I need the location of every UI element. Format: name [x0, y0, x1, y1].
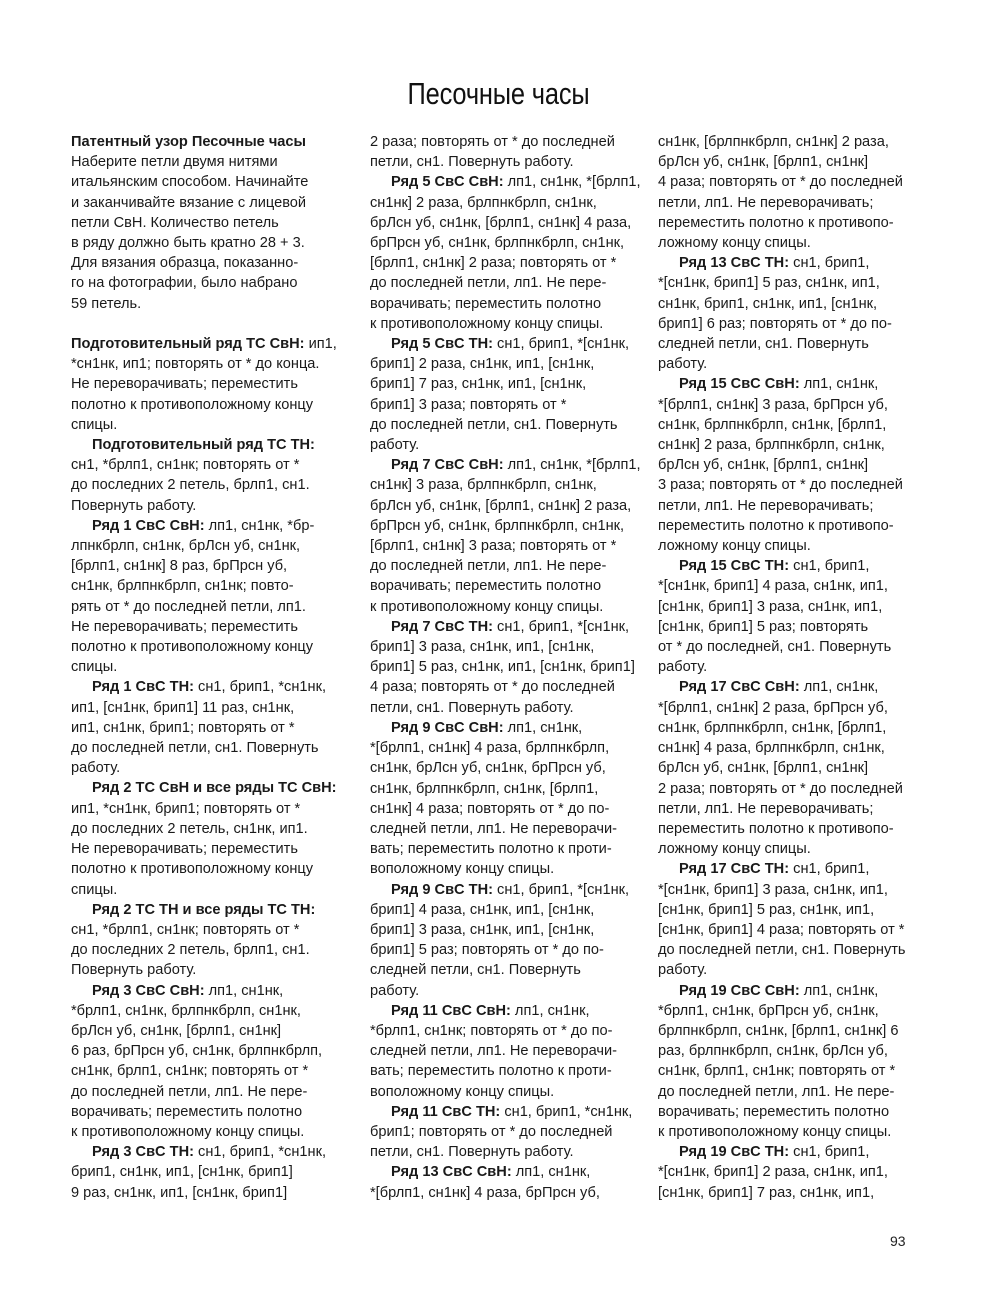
- text-line: сн1нк, брлпнкбрлп, сн1нк, [брлп1,: [658, 415, 920, 435]
- text-line: к противоположному концу спицы.: [658, 1122, 920, 1142]
- text-line: Ряд 11 СвС ТН: сн1, брип1, *сн1нк,: [370, 1102, 632, 1122]
- text-line: вать; переместить полотно к проти-: [370, 1061, 632, 1081]
- row-text: *сн1нк, ип1; повторять от * до конца.: [71, 356, 319, 372]
- row-text: работу.: [658, 356, 707, 372]
- row-text: 2 раза; повторять от * до последней: [370, 134, 615, 150]
- row-text: сн1нк, брлпнкбрлп, сн1нк, [брлп1,: [658, 417, 886, 433]
- row-text: сн1нк] 2 раза, брлпнкбрлп, сн1нк,: [658, 437, 885, 453]
- text-line: брип1] 3 раза; повторять от *: [370, 395, 632, 415]
- text-line: вать; переместить полотно к проти-: [370, 839, 632, 859]
- row-text: итальянским способом. Начинайте: [71, 174, 308, 190]
- text-line: [сн1нк, брип1] 3 раза, сн1нк, ип1,: [658, 597, 920, 617]
- text-line: [брлп1, сн1нк] 2 раза; повторять от *: [370, 253, 632, 273]
- row-heading: Ряд 15 СвС ТН:: [679, 558, 789, 574]
- row-text: ип1,: [305, 336, 337, 352]
- row-text: ложному концу спицы.: [658, 841, 811, 857]
- paragraph-gap: [71, 314, 333, 334]
- row-text: *[брлп1, сн1нк] 4 раза, брлпнкбрлп,: [370, 740, 609, 756]
- text-line: до последних 2 петель, сн1нк, ип1.: [71, 819, 333, 839]
- row-text: лп1, сн1нк,: [504, 720, 583, 736]
- row-heading: Ряд 17 СвС СвН:: [679, 679, 800, 695]
- row-text: ип1, сн1нк, брип1; повторять от *: [71, 720, 295, 736]
- text-line: сн1нк, брлп1, сн1нк; повторять от *: [71, 1061, 333, 1081]
- row-text: сн1нк] 4 раза; повторять от * до по-: [370, 801, 609, 817]
- row-text: сн1нк, брлпнкбрлп, сн1нк; повто-: [71, 578, 294, 594]
- text-line: брип1] 3 раза, сн1нк, ип1, [сн1нк,: [370, 920, 632, 940]
- row-text: ип1, [сн1нк, брип1] 11 раз, сн1нк,: [71, 700, 294, 716]
- text-line: от * до последней, сн1. Повернуть: [658, 637, 920, 657]
- text-line: Ряд 2 ТС СвН и все ряды ТС СвН:: [71, 778, 333, 798]
- text-line: спицы.: [71, 415, 333, 435]
- row-text: *брлп1, сн1нк, брлпнкбрлп, сн1нк,: [71, 1003, 301, 1019]
- text-line: ворачивать; переместить полотно: [658, 1102, 920, 1122]
- text-line: [брлп1, сн1нк] 3 раза; повторять от *: [370, 536, 632, 556]
- row-text: петли СвН. Количество петель: [71, 215, 279, 231]
- row-text: *[сн1нк, брип1] 3 раза, сн1нк, ип1,: [658, 882, 888, 898]
- text-line: сн1нк] 2 раза, брлпнкбрлп, сн1нк,: [370, 193, 632, 213]
- text-line: Ряд 7 СвС ТН: сн1, брип1, *[сн1нк,: [370, 617, 632, 637]
- row-text: [сн1нк, брип1] 3 раза, сн1нк, ип1,: [658, 599, 882, 615]
- text-line: Ряд 11 СвС СвН: лп1, сн1нк,: [370, 1001, 632, 1021]
- row-text: *[сн1нк, брип1] 4 раза, сн1нк, ип1,: [658, 578, 888, 594]
- row-text: сн1, брип1, *сн1нк,: [500, 1104, 632, 1120]
- text-line: ип1, *сн1нк, брип1; повторять от *: [71, 799, 333, 819]
- row-text: [брлп1, сн1нк] 8 раз, брПрсн уб,: [71, 558, 287, 574]
- row-heading: Ряд 3 СвС ТН:: [92, 1144, 194, 1160]
- text-line: раз, брлпнкбрлп, сн1нк, брЛсн уб,: [658, 1041, 920, 1061]
- row-text: 9 раз, сн1нк, ип1, [сн1нк, брип1]: [71, 1185, 287, 1201]
- text-line: Патентный узор Песочные часы: [71, 132, 333, 152]
- text-line: 3 раза; повторять от * до последней: [658, 475, 920, 495]
- row-text: брлпнкбрлп, сн1нк, [брлп1, сн1нк] 6: [658, 1023, 899, 1039]
- text-line: брЛсн уб, сн1нк, [брлп1, сн1нк]: [658, 758, 920, 778]
- text-line: Не переворачивать; переместить: [71, 839, 333, 859]
- text-line: Ряд 13 СвС СвН: лп1, сн1нк,: [370, 1162, 632, 1182]
- row-text: брип1] 5 раз, сн1нк, ип1, [сн1нк, брип1]: [370, 659, 635, 675]
- row-text: спицы.: [71, 417, 117, 433]
- text-line: Для вязания образца, показанно-: [71, 253, 333, 273]
- text-line: брип1] 6 раз; повторять от * до по-: [658, 314, 920, 334]
- text-line: [брлп1, сн1нк] 8 раз, брПрсн уб,: [71, 556, 333, 576]
- row-text: брЛсн уб, сн1нк, [брлп1, сн1нк]: [658, 154, 868, 170]
- row-text: вать; переместить полотно к проти-: [370, 841, 612, 857]
- text-line: следней петли, лп1. Не переворачи-: [370, 819, 632, 839]
- row-text: лпнкбрлп, сн1нк, брЛсн уб, сн1нк,: [71, 538, 300, 554]
- text-line: Ряд 5 СвС ТН: сн1, брип1, *[сн1нк,: [370, 334, 632, 354]
- row-text: до последней петли, сн1. Повернуть: [658, 942, 906, 958]
- text-line: Ряд 2 ТС ТН и все ряды ТС ТН:: [71, 900, 333, 920]
- text-line: сн1нк] 3 раза, брлпнкбрлп, сн1нк,: [370, 475, 632, 495]
- row-text: [сн1нк, брип1] 5 раз, сн1нк, ип1,: [658, 902, 874, 918]
- text-line: Ряд 15 СвС ТН: сн1, брип1,: [658, 556, 920, 576]
- text-line: Ряд 1 СвС СвН: лп1, сн1нк, *бр-: [71, 516, 333, 536]
- row-text: работу.: [370, 983, 419, 999]
- text-line: Не переворачивать; переместить: [71, 374, 333, 394]
- text-line: Ряд 19 СвС ТН: сн1, брип1,: [658, 1142, 920, 1162]
- row-heading: Ряд 5 СвС ТН:: [391, 336, 493, 352]
- text-line: Ряд 7 СвС СвН: лп1, сн1нк, *[брлп1,: [370, 455, 632, 475]
- text-line: к противоположному концу спицы.: [71, 1122, 333, 1142]
- text-line: лпнкбрлп, сн1нк, брЛсн уб, сн1нк,: [71, 536, 333, 556]
- text-line: Ряд 5 СвС СвН: лп1, сн1нк, *[брлп1,: [370, 172, 632, 192]
- text-line: переместить полотно к противопо-: [658, 213, 920, 233]
- text-line: петли, сн1. Повернуть работу.: [370, 698, 632, 718]
- text-line: Ряд 9 СвС СвН: лп1, сн1нк,: [370, 718, 632, 738]
- row-text: брип1] 3 раза, сн1нк, ип1, [сн1нк,: [370, 639, 594, 655]
- text-line: брип1] 7 раз, сн1нк, ип1, [сн1нк,: [370, 374, 632, 394]
- text-line: Повернуть работу.: [71, 960, 333, 980]
- text-line: *[сн1нк, брип1] 3 раза, сн1нк, ип1,: [658, 880, 920, 900]
- row-heading: Подготовительный ряд ТС СвН:: [71, 336, 305, 352]
- text-line: Ряд 17 СвС СвН: лп1, сн1нк,: [658, 677, 920, 697]
- row-text: брЛсн уб, сн1нк, [брлп1, сн1нк]: [71, 1023, 281, 1039]
- row-text: полотно к противоположному концу: [71, 861, 313, 877]
- row-heading: Ряд 7 СвС СвН:: [391, 457, 504, 473]
- text-line: ложному концу спицы.: [658, 536, 920, 556]
- row-text: петли, сн1. Повернуть работу.: [370, 154, 574, 170]
- row-text: в ряду должно быть кратно 28 + 3.: [71, 235, 305, 251]
- row-heading: Патентный узор Песочные часы: [71, 134, 306, 150]
- text-line: ворачивать; переместить полотно: [370, 576, 632, 596]
- text-line: *брлп1, сн1нк, брлпнкбрлп, сн1нк,: [71, 1001, 333, 1021]
- text-line: Подготовительный ряд ТС ТН:: [71, 435, 333, 455]
- row-text: работу.: [658, 659, 707, 675]
- text-line: го на фотографии, было набрано: [71, 273, 333, 293]
- row-text: лп1, сн1нк,: [800, 983, 879, 999]
- row-text: раз, брлпнкбрлп, сн1нк, брЛсн уб,: [658, 1043, 888, 1059]
- text-line: полотно к противоположному концу: [71, 395, 333, 415]
- row-text: переместить полотно к противопо-: [658, 518, 894, 534]
- text-line: полотно к противоположному концу: [71, 859, 333, 879]
- row-text: *[сн1нк, брип1] 2 раза, сн1нк, ип1,: [658, 1164, 888, 1180]
- text-line: петли, сн1. Повернуть работу.: [370, 1142, 632, 1162]
- row-text: лп1, сн1нк,: [800, 376, 879, 392]
- row-text: брЛсн уб, сн1нк, [брлп1, сн1нк]: [658, 457, 868, 473]
- row-text: сн1нк] 2 раза, брлпнкбрлп, сн1нк,: [370, 195, 597, 211]
- row-text: брПрсн уб, сн1нк, брлпнкбрлп, сн1нк,: [370, 235, 624, 251]
- text-line: [сн1нк, брип1] 4 раза; повторять от *: [658, 920, 920, 940]
- page-title: Песочные часы: [90, 74, 908, 114]
- row-heading: Ряд 13 СвС ТН:: [679, 255, 789, 271]
- row-text: ложному концу спицы.: [658, 235, 811, 251]
- text-line: сн1нк, брип1, сн1нк, ип1, [сн1нк,: [658, 294, 920, 314]
- row-text: до последней петли, лп1. Не пере-: [370, 275, 606, 291]
- row-text: работу.: [71, 760, 120, 776]
- row-text: брип1] 3 раза; повторять от *: [370, 397, 566, 413]
- row-text: спицы.: [71, 659, 117, 675]
- text-line: 4 раза; повторять от * до последней: [370, 677, 632, 697]
- text-line: до последней петли, лп1. Не пере-: [71, 1082, 333, 1102]
- row-text: брЛсн уб, сн1нк, [брлп1, сн1нк] 4 раза,: [370, 215, 631, 231]
- row-text: к противоположному концу спицы.: [658, 1124, 891, 1140]
- text-line: сн1нк, брЛсн уб, сн1нк, брПрсн уб,: [370, 758, 632, 778]
- row-text: сн1, *брлп1, сн1нк; повторять от *: [71, 457, 299, 473]
- row-text: брип1] 7 раз, сн1нк, ип1, [сн1нк,: [370, 376, 586, 392]
- text-line: Подготовительный ряд ТС СвН: ип1,: [71, 334, 333, 354]
- text-line: *[сн1нк, брип1] 4 раза, сн1нк, ип1,: [658, 576, 920, 596]
- text-line: спицы.: [71, 880, 333, 900]
- row-text: сн1нк] 4 раза, брлпнкбрлп, сн1нк,: [658, 740, 885, 756]
- row-text: сн1, брип1, *[сн1нк,: [493, 336, 629, 352]
- text-line: Наберите петли двумя нитями: [71, 152, 333, 172]
- row-text: лп1, сн1нк, *[брлп1,: [504, 457, 641, 473]
- text-line: рять от * до последней петли, лп1.: [71, 597, 333, 617]
- text-line: итальянским способом. Начинайте: [71, 172, 333, 192]
- text-line: 4 раза; повторять от * до последней: [658, 172, 920, 192]
- row-text: до последней петли, лп1. Не пере-: [658, 1084, 894, 1100]
- row-text: лп1, сн1нк, *[брлп1,: [504, 174, 641, 190]
- text-line: сн1нк] 4 раза; повторять от * до по-: [370, 799, 632, 819]
- row-text: 2 раза; повторять от * до последней: [658, 781, 903, 797]
- row-text: до последней петли, лп1. Не пере-: [71, 1084, 307, 1100]
- text-line: брип1] 5 раз, сн1нк, ип1, [сн1нк, брип1]: [370, 657, 632, 677]
- text-line: ип1, сн1нк, брип1; повторять от *: [71, 718, 333, 738]
- row-text: брип1] 2 раза, сн1нк, ип1, [сн1нк,: [370, 356, 594, 372]
- row-text: *[брлп1, сн1нк] 3 раза, брПрсн уб,: [658, 397, 888, 413]
- text-line: до последней петли, сн1. Повернуть: [71, 738, 333, 758]
- row-text: ворачивать; переместить полотно: [658, 1104, 889, 1120]
- text-line: брлпнкбрлп, сн1нк, [брлп1, сн1нк] 6: [658, 1021, 920, 1041]
- row-text: *[брлп1, сн1нк] 4 раза, брПрсн уб,: [370, 1185, 600, 1201]
- text-line: петли, сн1. Повернуть работу.: [370, 152, 632, 172]
- text-line: петли, лп1. Не переворачивать;: [658, 193, 920, 213]
- text-line: воположному концу спицы.: [370, 859, 632, 879]
- row-heading: Ряд 3 СвС СвН:: [92, 983, 205, 999]
- text-line: брип1, сн1нк, ип1, [сн1нк, брип1]: [71, 1162, 333, 1182]
- text-line: [сн1нк, брип1] 5 раз, сн1нк, ип1,: [658, 900, 920, 920]
- text-line: брип1] 2 раза, сн1нк, ип1, [сн1нк,: [370, 354, 632, 374]
- text-line: *[сн1нк, брип1] 5 раз, сн1нк, ип1,: [658, 273, 920, 293]
- text-line: ложному концу спицы.: [658, 233, 920, 253]
- text-line: [сн1нк, брип1] 5 раз; повторять: [658, 617, 920, 637]
- text-line: брип1] 5 раз; повторять от * до по-: [370, 940, 632, 960]
- row-text: сн1нк] 3 раза, брлпнкбрлп, сн1нк,: [370, 477, 597, 493]
- row-text: брип1, сн1нк, ип1, [сн1нк, брип1]: [71, 1164, 293, 1180]
- row-text: Не переворачивать; переместить: [71, 841, 298, 857]
- row-heading: Ряд 19 СвС СвН:: [679, 983, 800, 999]
- row-text: ворачивать; переместить полотно: [71, 1104, 302, 1120]
- row-heading: Ряд 2 ТС ТН и все ряды ТС ТН:: [92, 902, 315, 918]
- row-text: сн1, брип1, *[сн1нк,: [493, 619, 629, 635]
- row-heading: Ряд 17 СвС ТН:: [679, 861, 789, 877]
- text-line: Повернуть работу.: [71, 496, 333, 516]
- row-text: сн1нк, брлпнкбрлп, сн1нк, [брлп1,: [658, 720, 886, 736]
- row-text: *[брлп1, сн1нк] 2 раза, брПрсн уб,: [658, 700, 888, 716]
- row-text: брип1; повторять от * до последней: [370, 1124, 612, 1140]
- row-text: 6 раз, брПрсн уб, сн1нк, брлпнкбрлп,: [71, 1043, 322, 1059]
- text-line: Ряд 3 СвС СвН: лп1, сн1нк,: [71, 981, 333, 1001]
- row-heading: Ряд 1 СвС СвН:: [92, 518, 205, 534]
- text-line: 59 петель.: [71, 294, 333, 314]
- row-text: воположному концу спицы.: [370, 861, 554, 877]
- row-text: Не переворачивать; переместить: [71, 619, 298, 635]
- row-text: воположному концу спицы.: [370, 1084, 554, 1100]
- text-column-1: Патентный узор Песочные часыНаберите пет…: [71, 132, 333, 1203]
- row-text: Повернуть работу.: [71, 962, 196, 978]
- text-line: петли, лп1. Не переворачивать;: [658, 496, 920, 516]
- row-text: сн1нк, брлп1, сн1нк; повторять от *: [71, 1063, 308, 1079]
- row-text: сн1нк, брип1, сн1нк, ип1, [сн1нк,: [658, 296, 877, 312]
- page-number: 93: [890, 1233, 906, 1249]
- row-text: [сн1нк, брип1] 5 раз; повторять: [658, 619, 868, 635]
- row-text: *брлп1, сн1нк, брПрсн уб, сн1нк,: [658, 1003, 879, 1019]
- text-line: 2 раза; повторять от * до последней: [658, 779, 920, 799]
- row-text: брЛсн уб, сн1нк, [брлп1, сн1нк] 2 раза,: [370, 498, 631, 514]
- row-text: до последней петли, сн1. Повернуть: [71, 740, 319, 756]
- row-text: до последней петли, лп1. Не пере-: [370, 558, 606, 574]
- row-text: вать; переместить полотно к проти-: [370, 1063, 612, 1079]
- row-text: [сн1нк, брип1] 4 раза; повторять от *: [658, 922, 905, 938]
- row-text: ворачивать; переместить полотно: [370, 578, 601, 594]
- row-text: полотно к противоположному концу: [71, 397, 313, 413]
- text-line: сн1нк, брлпнкбрлп, сн1нк, [брлп1,: [370, 779, 632, 799]
- text-line: *[брлп1, сн1нк] 2 раза, брПрсн уб,: [658, 698, 920, 718]
- row-text: сн1, брип1,: [789, 1144, 869, 1160]
- text-line: 6 раз, брПрсн уб, сн1нк, брлпнкбрлп,: [71, 1041, 333, 1061]
- row-heading: Ряд 11 СвС ТН:: [391, 1104, 500, 1120]
- row-heading: Ряд 15 СвС СвН:: [679, 376, 800, 392]
- row-text: к противоположному концу спицы.: [71, 1124, 304, 1140]
- text-line: Ряд 17 СвС ТН: сн1, брип1,: [658, 859, 920, 879]
- text-line: петли, лп1. Не переворачивать;: [658, 799, 920, 819]
- row-text: к противоположному концу спицы.: [370, 316, 603, 332]
- row-text: от * до последней, сн1. Повернуть: [658, 639, 891, 655]
- text-line: [сн1нк, брип1] 7 раз, сн1нк, ип1,: [658, 1183, 920, 1203]
- text-line: *[брлп1, сн1нк] 4 раза, брлпнкбрлп,: [370, 738, 632, 758]
- text-line: *[брлп1, сн1нк] 3 раза, брПрсн уб,: [658, 395, 920, 415]
- text-line: петли СвН. Количество петель: [71, 213, 333, 233]
- row-text: лп1, сн1нк,: [512, 1164, 591, 1180]
- text-line: полотно к противоположному концу: [71, 637, 333, 657]
- row-text: 4 раза; повторять от * до последней: [370, 679, 615, 695]
- row-text: петли, лп1. Не переворачивать;: [658, 801, 873, 817]
- text-line: брПрсн уб, сн1нк, брлпнкбрлп, сн1нк,: [370, 233, 632, 253]
- row-text: 4 раза; повторять от * до последней: [658, 174, 903, 190]
- row-text: брЛсн уб, сн1нк, [брлп1, сн1нк]: [658, 760, 868, 776]
- text-column-3: сн1нк, [брлпнкбрлп, сн1нк] 2 раза,брЛсн …: [658, 132, 920, 1203]
- text-line: Ряд 15 СвС СвН: лп1, сн1нк,: [658, 374, 920, 394]
- text-line: Ряд 13 СвС ТН: сн1, брип1,: [658, 253, 920, 273]
- row-text: следней петли, сн1. Повернуть: [370, 962, 581, 978]
- text-line: переместить полотно к противопо-: [658, 516, 920, 536]
- row-heading: Ряд 13 СвС СвН:: [391, 1164, 512, 1180]
- row-text: брип1] 6 раз; повторять от * до по-: [658, 316, 892, 332]
- row-text: брПрсн уб, сн1нк, брлпнкбрлп, сн1нк,: [370, 518, 624, 534]
- row-text: сн1, брип1, *сн1нк,: [194, 1144, 326, 1160]
- text-line: до последней петли, лп1. Не пере-: [658, 1082, 920, 1102]
- text-line: *брлп1, сн1нк, брПрсн уб, сн1нк,: [658, 1001, 920, 1021]
- text-line: к противоположному концу спицы.: [370, 314, 632, 334]
- row-text: сн1, брип1,: [789, 861, 869, 877]
- text-line: работу.: [658, 960, 920, 980]
- row-text: [брлп1, сн1нк] 2 раза; повторять от *: [370, 255, 616, 271]
- text-line: 9 раз, сн1нк, ип1, [сн1нк, брип1]: [71, 1183, 333, 1203]
- text-line: брип1] 3 раза, сн1нк, ип1, [сн1нк,: [370, 637, 632, 657]
- text-line: и заканчивайте вязание с лицевой: [71, 193, 333, 213]
- text-line: брПрсн уб, сн1нк, брлпнкбрлп, сн1нк,: [370, 516, 632, 536]
- row-text: ворачивать; переместить полотно: [370, 296, 601, 312]
- text-line: ип1, [сн1нк, брип1] 11 раз, сн1нк,: [71, 698, 333, 718]
- row-text: спицы.: [71, 882, 117, 898]
- text-line: Ряд 1 СвС ТН: сн1, брип1, *сн1нк,: [71, 677, 333, 697]
- row-text: полотно к противоположному концу: [71, 639, 313, 655]
- text-line: работу.: [658, 354, 920, 374]
- text-line: Ряд 3 СвС ТН: сн1, брип1, *сн1нк,: [71, 1142, 333, 1162]
- row-heading: Ряд 2 ТС СвН и все ряды ТС СвН:: [92, 780, 337, 796]
- row-text: сн1, брип1, *[сн1нк,: [493, 882, 629, 898]
- text-line: до последних 2 петель, брлп1, сн1.: [71, 940, 333, 960]
- row-text: сн1нк, брЛсн уб, сн1нк, брПрсн уб,: [370, 760, 606, 776]
- row-text: сн1нк, брлпнкбрлп, сн1нк, [брлп1,: [370, 781, 598, 797]
- text-line: сн1, *брлп1, сн1нк; повторять от *: [71, 920, 333, 940]
- text-line: сн1нк, [брлпнкбрлп, сн1нк] 2 раза,: [658, 132, 920, 152]
- row-text: следней петли, лп1. Не переворачи-: [370, 821, 617, 837]
- row-text: *[сн1нк, брип1] 5 раз, сн1нк, ип1,: [658, 275, 880, 291]
- text-line: следней петли, сн1. Повернуть: [370, 960, 632, 980]
- row-text: рять от * до последней петли, лп1.: [71, 599, 306, 615]
- text-line: Не переворачивать; переместить: [71, 617, 333, 637]
- row-text: сн1нк, [брлпнкбрлп, сн1нк] 2 раза,: [658, 134, 889, 150]
- text-line: сн1нк] 4 раза, брлпнкбрлп, сн1нк,: [658, 738, 920, 758]
- row-heading: Ряд 19 СвС ТН:: [679, 1144, 789, 1160]
- text-line: ворачивать; переместить полотно: [370, 294, 632, 314]
- row-text: и заканчивайте вязание с лицевой: [71, 195, 306, 211]
- text-line: следней петли, сн1. Повернуть: [658, 334, 920, 354]
- text-line: следней петли, лп1. Не переворачи-: [370, 1041, 632, 1061]
- text-line: брЛсн уб, сн1нк, [брлп1, сн1нк]: [658, 152, 920, 172]
- row-text: *брлп1, сн1нк; повторять от * до по-: [370, 1023, 612, 1039]
- row-text: петли, сн1. Повернуть работу.: [370, 700, 574, 716]
- text-line: 2 раза; повторять от * до последней: [370, 132, 632, 152]
- row-text: до последних 2 петель, сн1нк, ип1.: [71, 821, 308, 837]
- row-text: Для вязания образца, показанно-: [71, 255, 298, 271]
- row-text: следней петли, сн1. Повернуть: [658, 336, 869, 352]
- row-heading: Ряд 9 СвС ТН:: [391, 882, 493, 898]
- row-text: 59 петель.: [71, 296, 141, 312]
- text-line: воположному концу спицы.: [370, 1082, 632, 1102]
- text-line: *[брлп1, сн1нк] 4 раза, брПрсн уб,: [370, 1183, 632, 1203]
- row-text: следней петли, лп1. Не переворачи-: [370, 1043, 617, 1059]
- row-text: Не переворачивать; переместить: [71, 376, 298, 392]
- row-text: сн1, брип1,: [789, 558, 869, 574]
- text-line: к противоположному концу спицы.: [370, 597, 632, 617]
- text-line: спицы.: [71, 657, 333, 677]
- row-text: петли, лп1. Не переворачивать;: [658, 195, 873, 211]
- text-column-2: 2 раза; повторять от * до последнейпетли…: [370, 132, 632, 1203]
- row-text: лп1, сн1нк, *бр-: [205, 518, 315, 534]
- text-line: брЛсн уб, сн1нк, [брлп1, сн1нк]: [71, 1021, 333, 1041]
- text-line: Ряд 9 СвС ТН: сн1, брип1, *[сн1нк,: [370, 880, 632, 900]
- text-line: *брлп1, сн1нк; повторять от * до по-: [370, 1021, 632, 1041]
- row-text: [сн1нк, брип1] 7 раз, сн1нк, ип1,: [658, 1185, 874, 1201]
- row-text: Наберите петли двумя нитями: [71, 154, 278, 170]
- row-text: 3 раза; повторять от * до последней: [658, 477, 903, 493]
- text-line: брЛсн уб, сн1нк, [брлп1, сн1нк]: [658, 455, 920, 475]
- row-text: петли, лп1. Не переворачивать;: [658, 498, 873, 514]
- row-text: ложному концу спицы.: [658, 538, 811, 554]
- row-text: брип1] 3 раза, сн1нк, ип1, [сн1нк,: [370, 922, 594, 938]
- text-line: брЛсн уб, сн1нк, [брлп1, сн1нк] 4 раза,: [370, 213, 632, 233]
- text-line: до последних 2 петель, брлп1, сн1.: [71, 475, 333, 495]
- row-heading: Ряд 1 СвС ТН:: [92, 679, 194, 695]
- text-line: до последней петли, лп1. Не пере-: [370, 273, 632, 293]
- row-text: до последних 2 петель, брлп1, сн1.: [71, 942, 310, 958]
- text-line: до последней петли, сн1. Повернуть: [658, 940, 920, 960]
- text-line: сн1нк] 2 раза, брлпнкбрлп, сн1нк,: [658, 435, 920, 455]
- row-text: лп1, сн1нк,: [205, 983, 284, 999]
- text-line: ложному концу спицы.: [658, 839, 920, 859]
- text-line: *[сн1нк, брип1] 2 раза, сн1нк, ип1,: [658, 1162, 920, 1182]
